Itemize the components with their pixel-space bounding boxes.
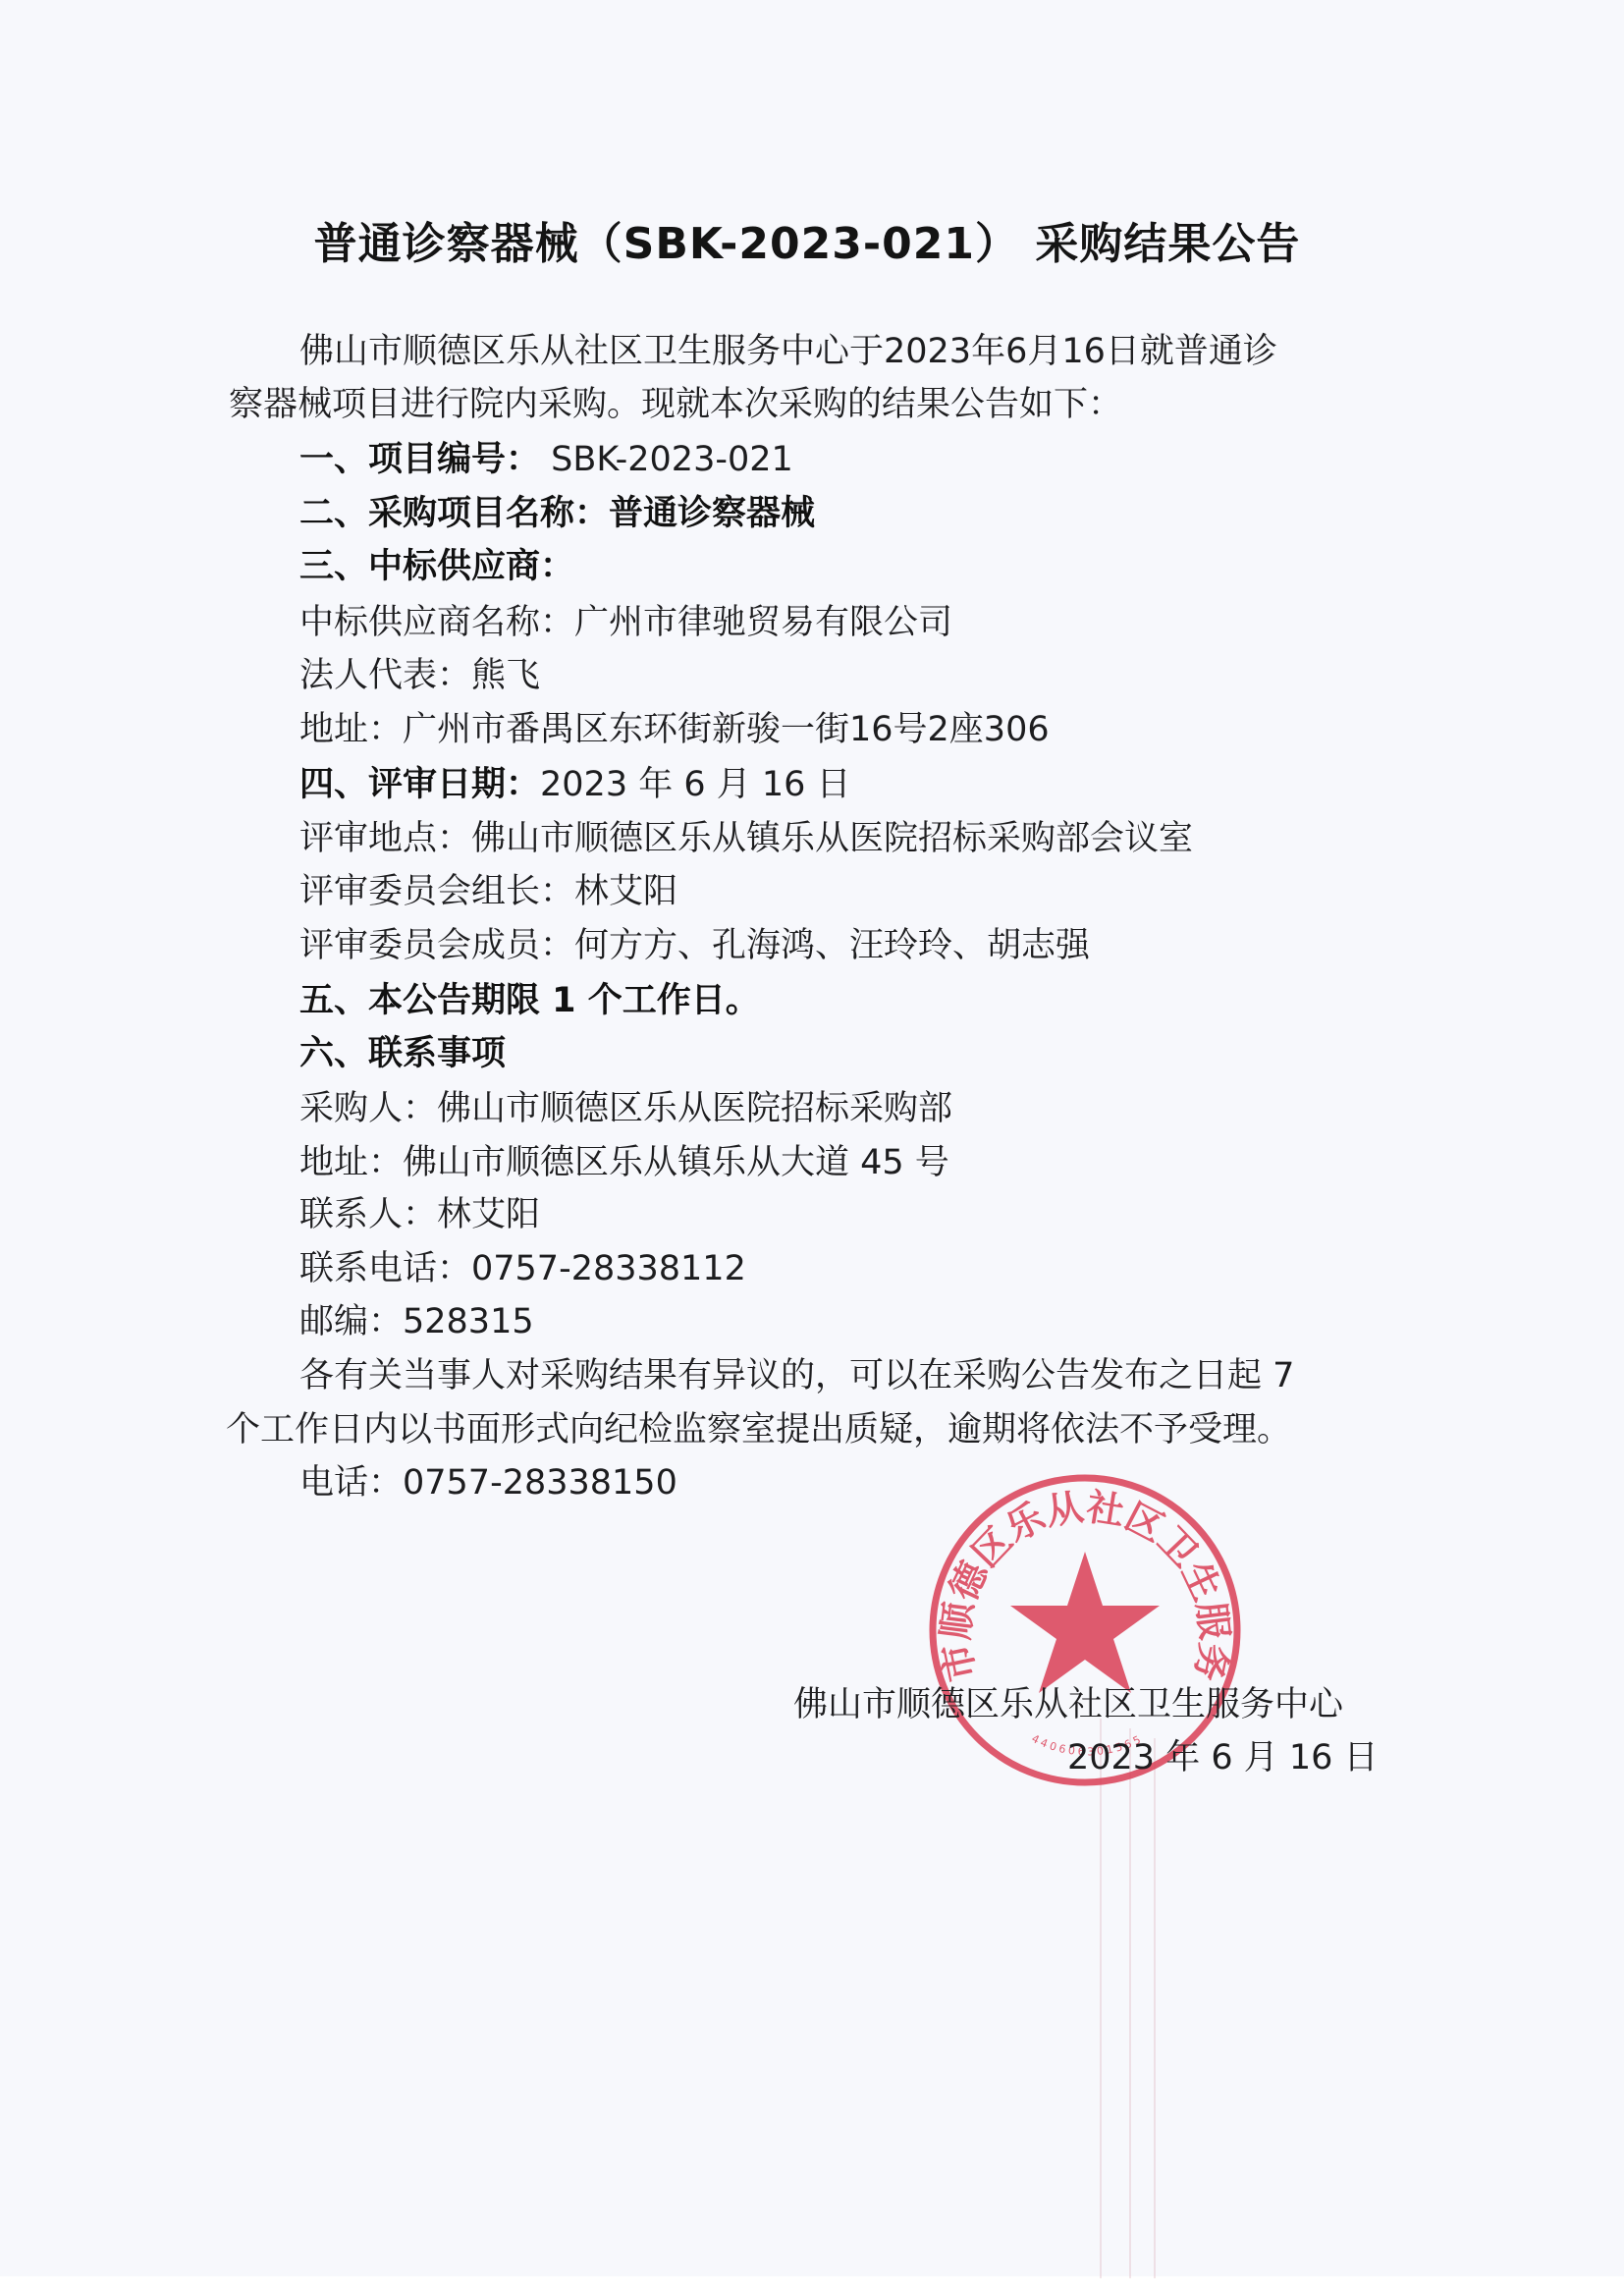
section-label: 四、评审日期： bbox=[299, 765, 540, 804]
section-project-name: 二、采购项目名称：普通诊察器械 bbox=[299, 490, 815, 537]
star-icon bbox=[1010, 1552, 1160, 1693]
committee-leader: 评审委员会组长：林艾阳 bbox=[299, 868, 677, 915]
postcode: 邮编：528315 bbox=[299, 1298, 534, 1345]
contact-phone: 联系电话：0757-28338112 bbox=[299, 1245, 746, 1292]
review-location: 评审地点：佛山市顺德区乐从镇乐从医院招标采购部会议室 bbox=[299, 815, 1193, 862]
project-number-value: SBK-2023-021 bbox=[540, 440, 793, 479]
contact-person: 联系人：林艾阳 bbox=[299, 1191, 540, 1238]
section-review-date: 四、评审日期：2023 年 6 月 16 日 bbox=[299, 761, 851, 808]
purchaser: 采购人：佛山市顺德区乐从医院招标采购部 bbox=[299, 1085, 952, 1132]
section-contact: 六、联系事项 bbox=[299, 1030, 506, 1077]
page-bottom-margin bbox=[0, 2276, 1624, 2296]
legal-representative: 法人代表：熊飞 bbox=[299, 652, 540, 699]
objection-line-1: 各有关当事人对采购结果有异议的，可以在采购公告发布之日起 7 bbox=[299, 1352, 1294, 1399]
supplier-address: 地址：广州市番禺区东环街新骏一街16号2座306 bbox=[299, 706, 1050, 753]
signature-date: 2023 年 6 月 16 日 bbox=[1067, 1734, 1379, 1781]
committee-members: 评审委员会成员：何方方、孔海鸿、汪玲玲、胡志强 bbox=[299, 922, 1090, 969]
section-project-number: 一、项目编号： SBK-2023-021 bbox=[299, 436, 793, 483]
purchaser-address: 地址：佛山市顺德区乐从镇乐从大道 45 号 bbox=[299, 1139, 949, 1186]
intro-line-1: 佛山市顺德区乐从社区卫生服务中心于2023年6月16日就普通诊 bbox=[299, 328, 1277, 375]
signature-organization: 佛山市顺德区乐从社区卫生服务中心 bbox=[793, 1681, 1343, 1728]
review-date-value: 2023 年 6 月 16 日 bbox=[540, 765, 851, 804]
objection-line-2: 个工作日内以书面形式向纪检监察室提出质疑，逾期将依法不予受理。 bbox=[226, 1406, 1291, 1453]
supplier-name: 中标供应商名称：广州市律驰贸易有限公司 bbox=[299, 599, 952, 646]
intro-line-2: 察器械项目进行院内采购。现就本次采购的结果公告如下： bbox=[229, 381, 1122, 428]
section-winning-supplier: 三、中标供应商： bbox=[299, 543, 574, 590]
objection-phone: 电话：0757-28338150 bbox=[299, 1459, 677, 1506]
page-title: 普通诊察器械（SBK-2023-021） 采购结果公告 bbox=[0, 208, 1624, 271]
section-label: 一、项目编号： bbox=[299, 440, 540, 479]
section-notice-period: 五、本公告期限 1 个工作日。 bbox=[299, 977, 760, 1024]
